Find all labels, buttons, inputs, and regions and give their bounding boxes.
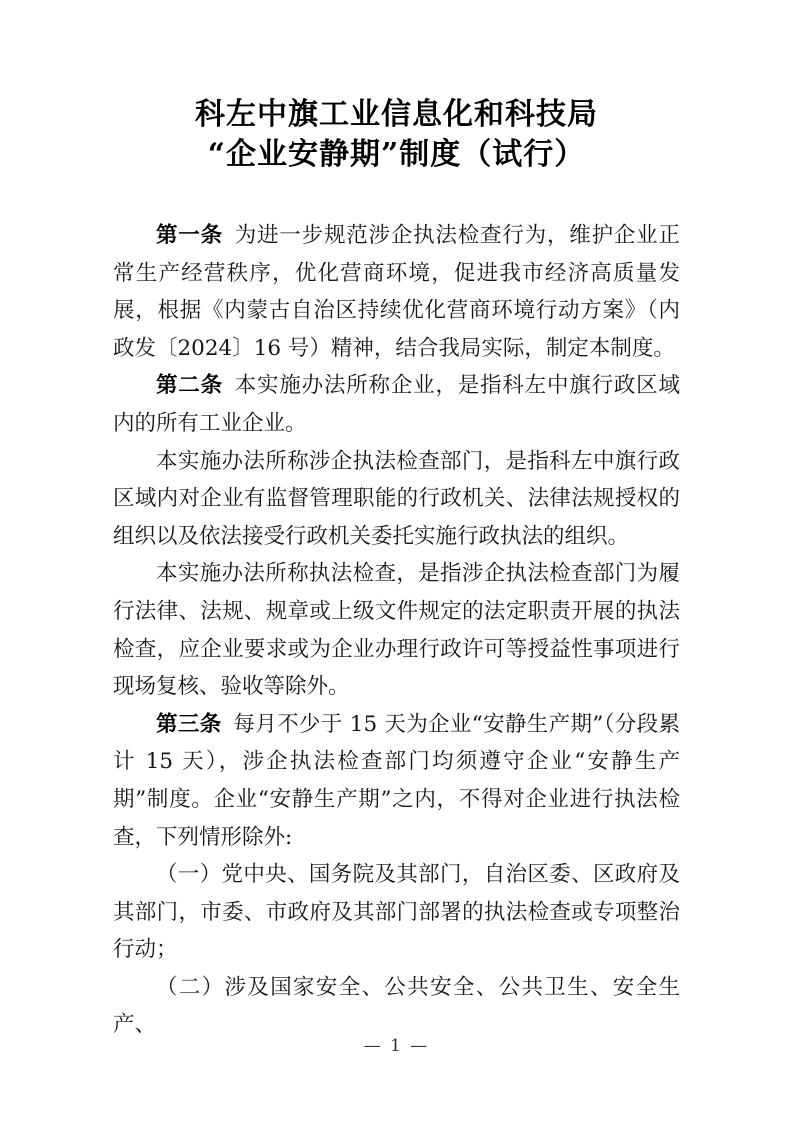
document-title-line2: “企业安静期”制度（试行） [80,135,713,175]
paragraph: （二）涉及国家安全、公共安全、公共卫生、安全生产、 [113,969,680,1044]
document-body: 第一条为进一步规范涉企执法检查行为，维护企业正常生产经营秩序，优化营商环境，促进… [113,217,680,1044]
paragraph: 第二条本实施办法所称企业，是指科左中旗行政区域内的所有工业企业。 [113,367,680,442]
paragraph-text: 本实施办法所称执法检查，是指涉企执法检查部门为履行法律、法规、规章或上级文件规定… [113,561,680,699]
paragraph: （一）党中央、国务院及其部门，自治区委、区政府及其部门，市委、市政府及其部门部署… [113,856,680,969]
paragraph: 第三条每月不少于 15 天为企业“安静生产期”（分段累计 15 天），涉企执法检… [113,706,680,856]
article-number: 第三条 [156,712,222,737]
paragraph: 本实施办法所称执法检查，是指涉企执法检查部门为履行法律、法规、规章或上级文件规定… [113,555,680,705]
document-title-line1: 科左中旗工业信息化和科技局 [80,95,713,135]
paragraph-text: （一）党中央、国务院及其部门，自治区委、区政府及其部门，市委、市政府及其部门部署… [113,862,680,962]
paragraph-text: （二）涉及国家安全、公共安全、公共卫生、安全生产、 [113,975,680,1038]
paragraph: 第一条为进一步规范涉企执法检查行为，维护企业正常生产经营秩序，优化营商环境，促进… [113,217,680,367]
document-page: 科左中旗工业信息化和科技局 “企业安静期”制度（试行） 第一条为进一步规范涉企执… [0,0,793,1122]
document-title: 科左中旗工业信息化和科技局 “企业安静期”制度（试行） [80,95,713,175]
paragraph: 本实施办法所称涉企执法检查部门，是指科左中旗行政区域内对企业有监督管理职能的行政… [113,443,680,556]
article-number: 第二条 [156,373,223,398]
article-number: 第一条 [156,223,223,248]
page-number: — 1 — [0,1036,793,1056]
paragraph-text: 本实施办法所称涉企执法检查部门，是指科左中旗行政区域内对企业有监督管理职能的行政… [113,449,680,549]
